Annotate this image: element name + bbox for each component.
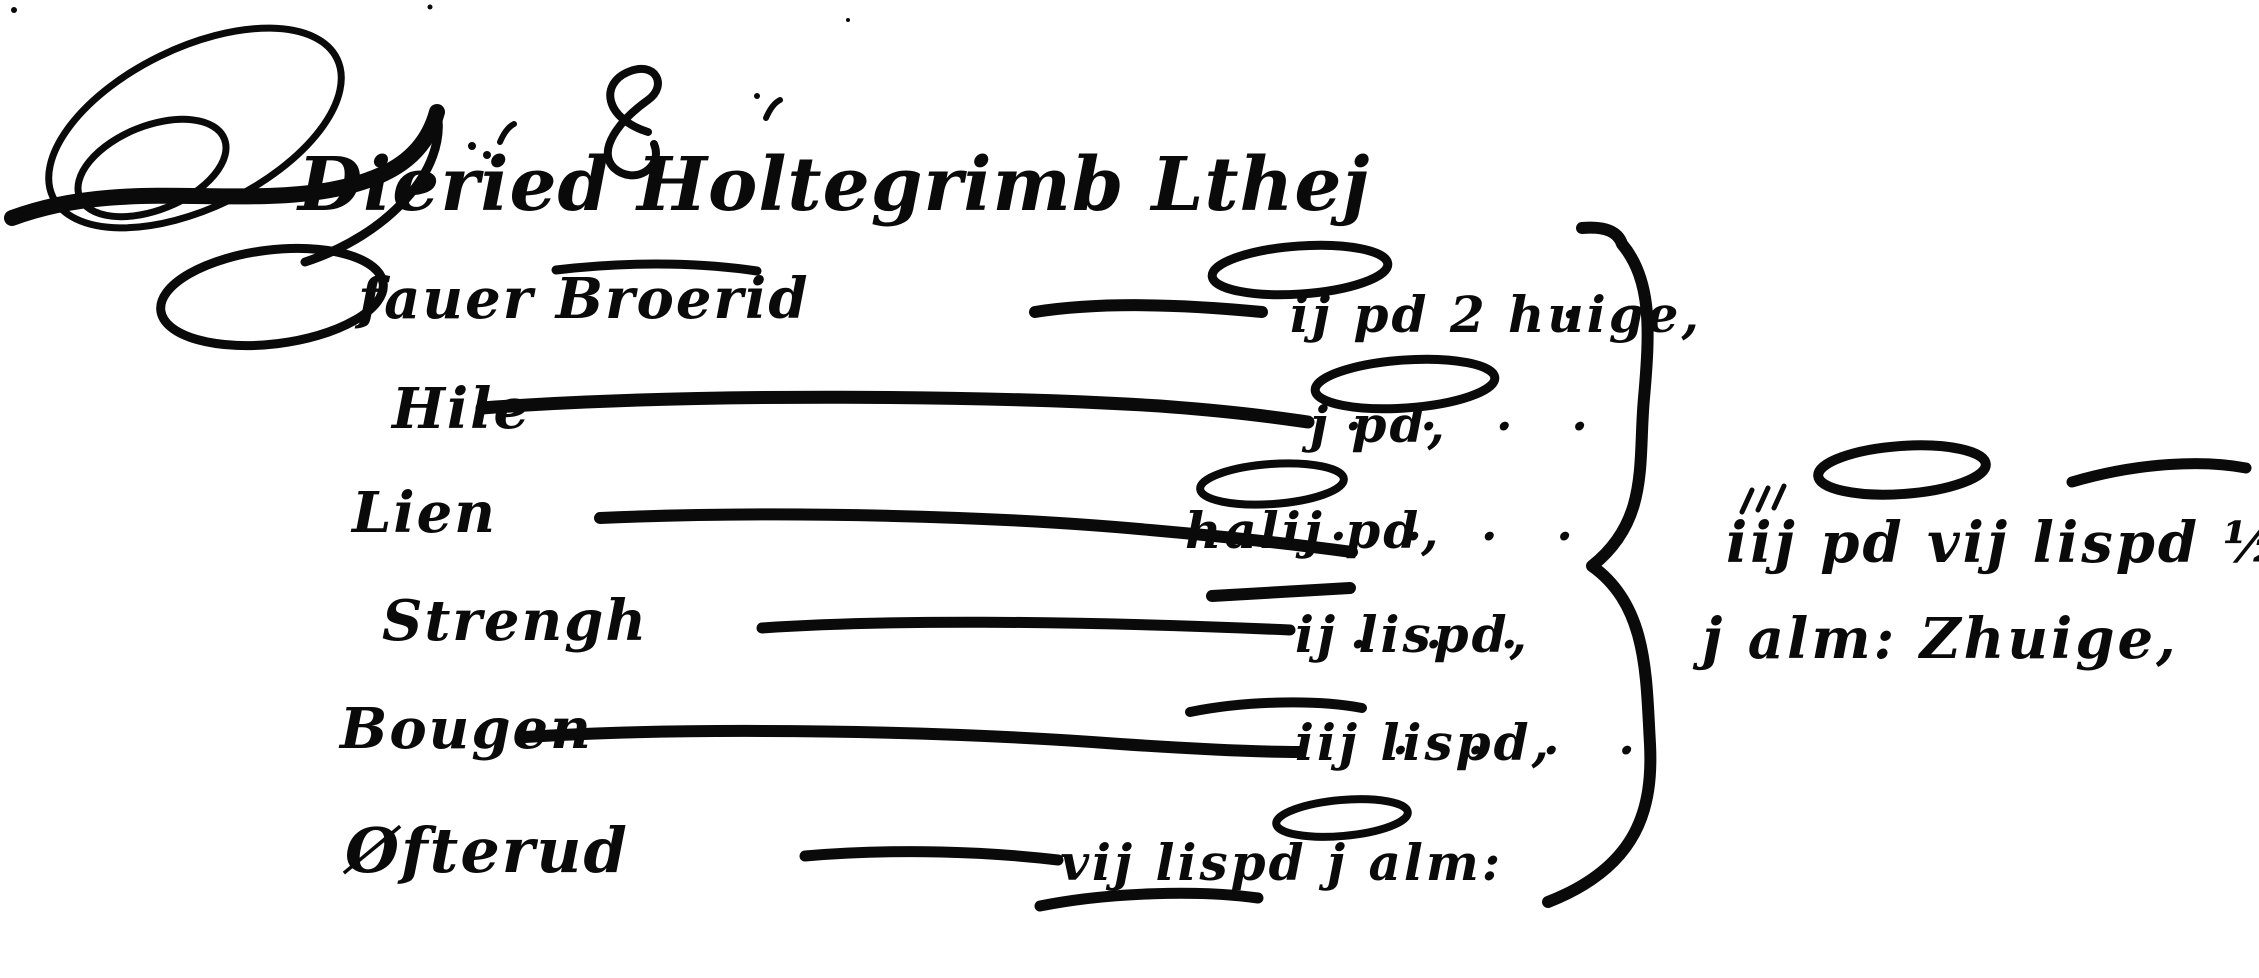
dot-leader: . . . . bbox=[1330, 496, 1577, 552]
abbreviation-loop bbox=[1817, 440, 1988, 500]
abbreviation-bar bbox=[2072, 464, 2246, 482]
superscript-tick bbox=[1758, 488, 1768, 510]
heading-initial-flourish bbox=[18, 0, 372, 269]
leader-line bbox=[1035, 305, 1262, 312]
entry-name: fauer Broerid bbox=[354, 266, 809, 332]
abbreviation-bar bbox=[1212, 588, 1350, 596]
entry-amount: vij lispd j alm: bbox=[1060, 833, 1503, 892]
dot-leader: . . . bbox=[1350, 604, 1522, 660]
name-flourish-loop bbox=[155, 237, 389, 358]
entry-row: Strengh ij lispd, . . . bbox=[382, 588, 1530, 712]
superscript-tick bbox=[1742, 490, 1752, 512]
manuscript-scan: Dieried Holtegrimb Lthej fauer Broerid i… bbox=[0, 0, 2259, 978]
heading-initial-flourish bbox=[64, 100, 240, 236]
dot-leader: . . . . bbox=[1345, 386, 1592, 442]
entry-name: Strengh bbox=[382, 588, 648, 654]
manuscript-page: Dieried Holtegrimb Lthej fauer Broerid i… bbox=[0, 0, 2259, 978]
underline-flourish bbox=[1040, 893, 1258, 906]
entry-name: Lien bbox=[350, 480, 497, 546]
superscript-tick bbox=[1774, 486, 1784, 508]
ink-speck bbox=[428, 5, 433, 10]
dot-leader: . . . . bbox=[1392, 710, 1639, 766]
entry-row: Lien halij pd, . . . . bbox=[350, 459, 1577, 560]
ink-speck bbox=[11, 7, 17, 13]
underline-flourish bbox=[1190, 702, 1362, 712]
summary-line-2: j alm: Zhuige, bbox=[1692, 606, 2179, 672]
leader-line bbox=[762, 622, 1290, 630]
leader-line bbox=[482, 397, 1308, 422]
heading-tick bbox=[766, 100, 780, 118]
entry-row: Hile j pd, . . . . bbox=[155, 237, 1592, 454]
leader-line bbox=[805, 852, 1058, 860]
ink-speck bbox=[754, 93, 760, 99]
heading: Dieried Holtegrimb Lthej bbox=[12, 0, 1370, 269]
entry-row: fauer Broerid ij pd 2 huige, . . bbox=[354, 240, 1702, 344]
entry-row: Øfterud vij lispd j alm: bbox=[342, 794, 1503, 906]
ink-speck bbox=[846, 18, 850, 22]
summary: iij pd vij lispd ½ j alm: Zhuige, bbox=[1692, 440, 2259, 672]
entry-name: Bougen bbox=[338, 696, 593, 762]
heading-text: Dieried Holtegrimb Lthej bbox=[296, 142, 1370, 228]
heading-tick bbox=[500, 124, 514, 142]
entry-row: Bougen iij lispd, . . . . bbox=[338, 696, 1639, 772]
entry-name: Øfterud bbox=[342, 814, 629, 887]
summary-line-1: iij pd vij lispd ½ bbox=[1726, 510, 2259, 576]
leader-line bbox=[525, 731, 1300, 752]
